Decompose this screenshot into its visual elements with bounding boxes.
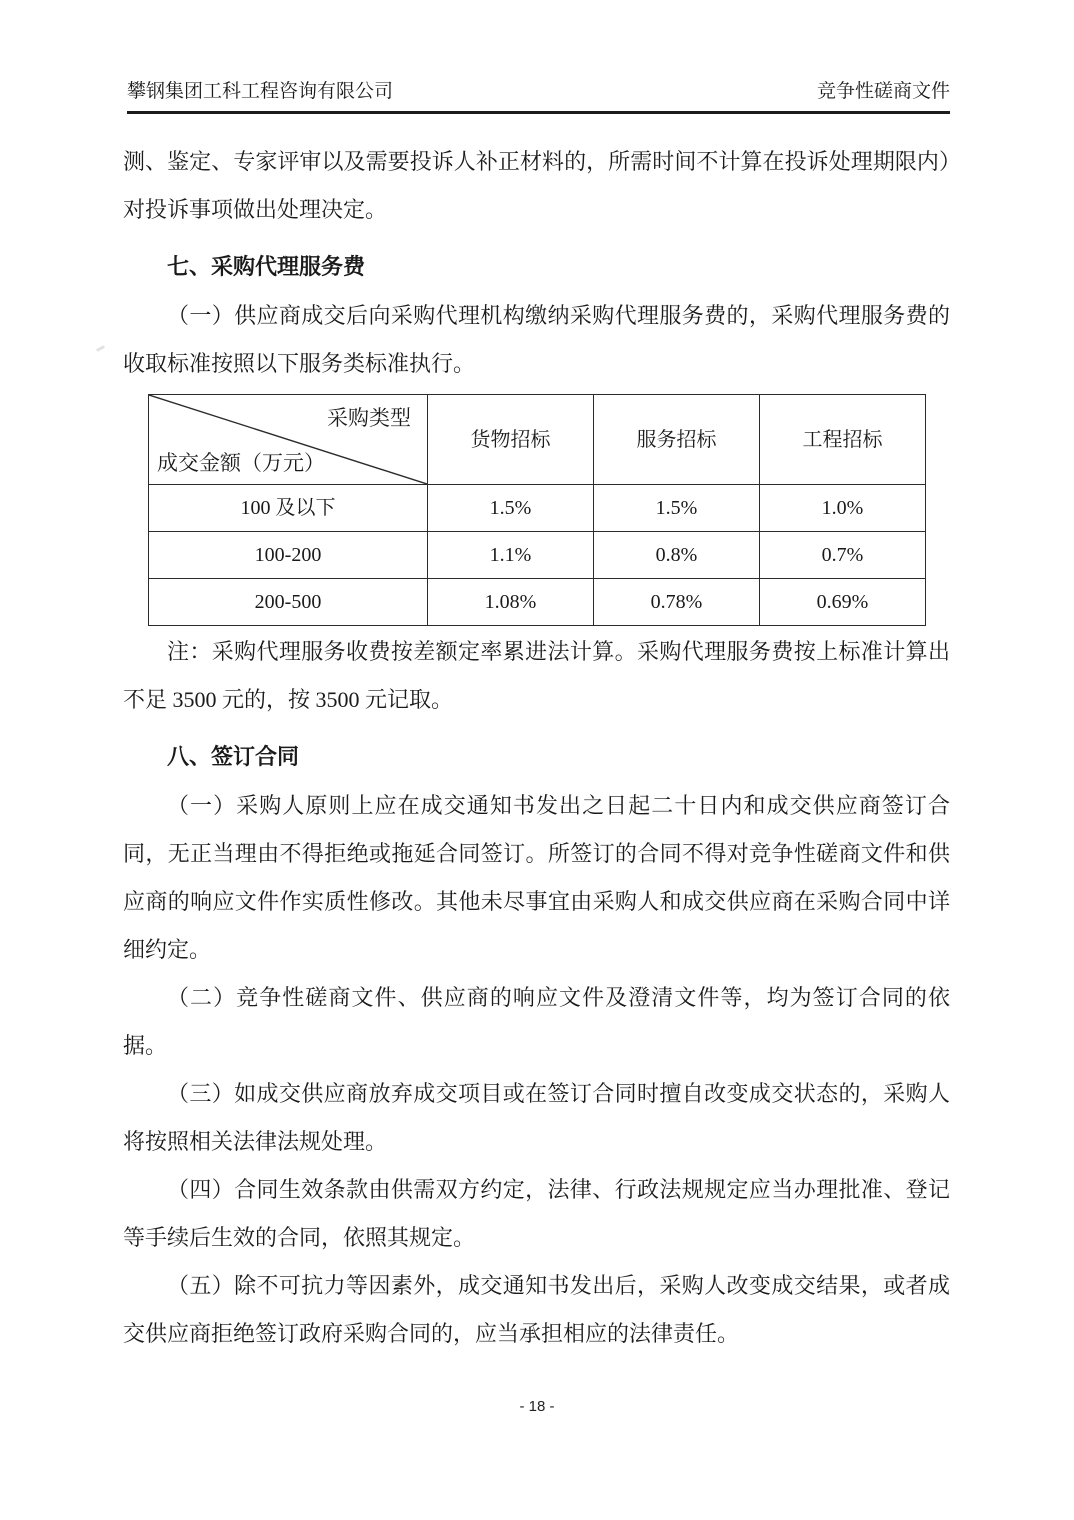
header-company-name: 攀钢集团工科工程咨询有限公司 — [127, 80, 393, 104]
page-number: - 18 - — [519, 1398, 554, 1415]
column-header-goods: 货物招标 — [428, 395, 594, 485]
section8-paragraph-3: （三）如成交供应商放弃成交项目或在签订合同时擅自改变成交状态的，采购人将按照相关… — [123, 1070, 950, 1166]
running-header: 攀钢集团工科工程咨询有限公司 竞争性磋商文件 — [127, 80, 950, 114]
fee-value: 1.1% — [428, 532, 594, 579]
scan-artifact-mark — [96, 345, 105, 352]
intro-paragraph: 测、鉴定、专家评审以及需要投诉人补正材料的，所需时间不计算在投诉处理期限内）对投… — [123, 138, 950, 234]
corner-label-procurement-type: 采购类型 — [327, 405, 411, 431]
fee-table-container: 采购类型 成交金额（万元） 货物招标 服务招标 工程招标 100 及以下 1.5… — [148, 394, 950, 626]
page-content: 测、鉴定、专家评审以及需要投诉人补正材料的，所需时间不计算在投诉处理期限内）对投… — [123, 138, 950, 1358]
table-note-paragraph: 注：采购代理服务收费按差额定率累进法计算。采购代理服务费按上标准计算出不足 35… — [123, 628, 950, 724]
fee-value: 0.8% — [594, 532, 760, 579]
section7-paragraph-1: （一）供应商成交后向采购代理机构缴纳采购代理服务费的，采购代理服务费的收取标准按… — [123, 292, 950, 388]
fee-value: 1.08% — [428, 579, 594, 626]
row-label: 100-200 — [149, 532, 428, 579]
section8-paragraph-5: （五）除不可抗力等因素外，成交通知书发出后，采购人改变成交结果，或者成交供应商拒… — [123, 1262, 950, 1358]
table-row: 100-200 1.1% 0.8% 0.7% — [149, 532, 926, 579]
section8-paragraph-2: （二）竞争性磋商文件、供应商的响应文件及澄清文件等，均为签订合同的依据。 — [123, 974, 950, 1070]
corner-cell: 采购类型 成交金额（万元） — [149, 395, 428, 485]
header-doc-type: 竞争性磋商文件 — [817, 80, 950, 104]
table-header-row: 采购类型 成交金额（万元） 货物招标 服务招标 工程招标 — [149, 395, 926, 485]
corner-label-amount: 成交金额（万元） — [157, 450, 325, 476]
fee-value: 0.7% — [760, 532, 926, 579]
table-row: 100 及以下 1.5% 1.5% 1.0% — [149, 485, 926, 532]
section8-heading: 八、签订合同 — [123, 740, 950, 774]
page-footer: - 18 - — [0, 1398, 1074, 1415]
fee-table: 采购类型 成交金额（万元） 货物招标 服务招标 工程招标 100 及以下 1.5… — [148, 394, 926, 626]
fee-value: 1.0% — [760, 485, 926, 532]
fee-value: 1.5% — [428, 485, 594, 532]
column-header-services: 服务招标 — [594, 395, 760, 485]
column-header-works: 工程招标 — [760, 395, 926, 485]
section8-paragraph-1: （一）采购人原则上应在成交通知书发出之日起二十日内和成交供应商签订合同，无正当理… — [123, 782, 950, 974]
fee-value: 1.5% — [594, 485, 760, 532]
row-label: 200-500 — [149, 579, 428, 626]
fee-value: 0.69% — [760, 579, 926, 626]
table-row: 200-500 1.08% 0.78% 0.69% — [149, 579, 926, 626]
fee-value: 0.78% — [594, 579, 760, 626]
section8-paragraph-4: （四）合同生效条款由供需双方约定，法律、行政法规规定应当办理批准、登记等手续后生… — [123, 1166, 950, 1262]
row-label: 100 及以下 — [149, 485, 428, 532]
document-page: 攀钢集团工科工程咨询有限公司 竞争性磋商文件 测、鉴定、专家评审以及需要投诉人补… — [0, 0, 1074, 1520]
section7-heading: 七、采购代理服务费 — [123, 250, 950, 284]
